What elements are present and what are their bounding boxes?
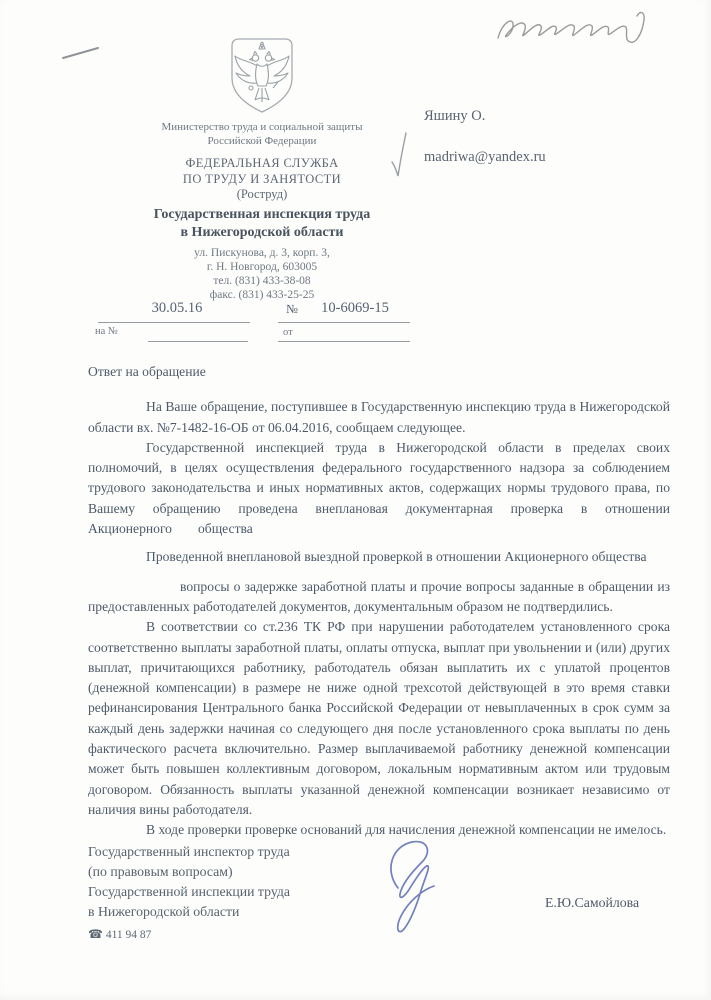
signer-name: Е.Ю.Самойлова (545, 895, 639, 911)
ministry-line-2: Российской Федерации (92, 135, 432, 149)
reply-to-number-label: на № (95, 326, 118, 337)
service-line-3: (Роструд) (92, 187, 432, 203)
date-underline (98, 322, 250, 323)
number-underline (278, 322, 410, 323)
paragraph-onsite-check: Проведенной внеплановой выездной проверк… (88, 547, 670, 567)
paragraph-inspection-text: Государственной инспекцией труда в Нижег… (88, 440, 670, 536)
pen-checkmark (391, 131, 409, 179)
phone-icon: ☎ (88, 927, 103, 941)
handwritten-signature (370, 836, 465, 936)
signature-block: Государственный инспектор труда (по прав… (88, 842, 290, 945)
signer-title-3: Государственной инспекции труда (88, 882, 290, 902)
paragraph-inspection: Государственной инспекцией труда в Нижег… (88, 438, 670, 539)
recipient-name: Яшину О. (424, 108, 485, 125)
address-city: г. Н. Новгород, 603005 (92, 260, 432, 274)
org-name-line-2: в Нижегородской области (92, 224, 432, 243)
paragraph-intro: На Ваше обращение, поступившее в Государ… (88, 397, 670, 438)
paragraph-article-236: В соответствии со ст.236 ТК РФ при наруш… (88, 617, 670, 820)
reply-to-underline (148, 341, 248, 342)
ministry-line-1: Министерство труда и социальной защиты (92, 121, 432, 135)
letter-number: 10-6069-15 (300, 300, 410, 317)
reply-from-label: от (283, 327, 293, 338)
letter-body: Ответ на обращение На Ваше обращение, по… (88, 362, 670, 841)
signer-phone-number: 411 94 87 (106, 929, 152, 941)
signer-title-1: Государственный инспектор труда (88, 842, 290, 862)
subject-line: Ответ на обращение (88, 362, 670, 382)
letterhead: Министерство труда и социальной защиты Р… (92, 36, 432, 302)
paragraph-findings: вопросы о задержке заработной платы и пр… (88, 577, 670, 618)
reply-from-underline (278, 341, 410, 342)
service-line-2: ПО ТРУДУ И ЗАНЯТОСТИ (92, 172, 432, 188)
address-phone: тел. (831) 433-38-08 (92, 274, 432, 288)
signer-title-2: (по правовым вопросам) (88, 862, 290, 882)
org-name-line-1: Государственная инспекция труда (92, 206, 432, 225)
signer-title-4: в Нижегородской области (88, 902, 290, 922)
scanned-letter-page: Министерство труда и социальной защиты Р… (0, 0, 711, 1000)
recipient-email: madriwa@yandex.ru (424, 149, 546, 166)
redacted-gap-word: общества (198, 521, 253, 536)
address-street: ул. Пискунова, д. 3, корп. 3, (92, 246, 432, 260)
number-sign-label: № (282, 302, 302, 317)
letter-date: 30.05.16 (104, 300, 250, 317)
service-line-1: ФЕДЕРАЛЬНАЯ СЛУЖБА (92, 156, 432, 172)
handwritten-note (494, 4, 662, 52)
coat-of-arms-emblem (226, 36, 298, 116)
